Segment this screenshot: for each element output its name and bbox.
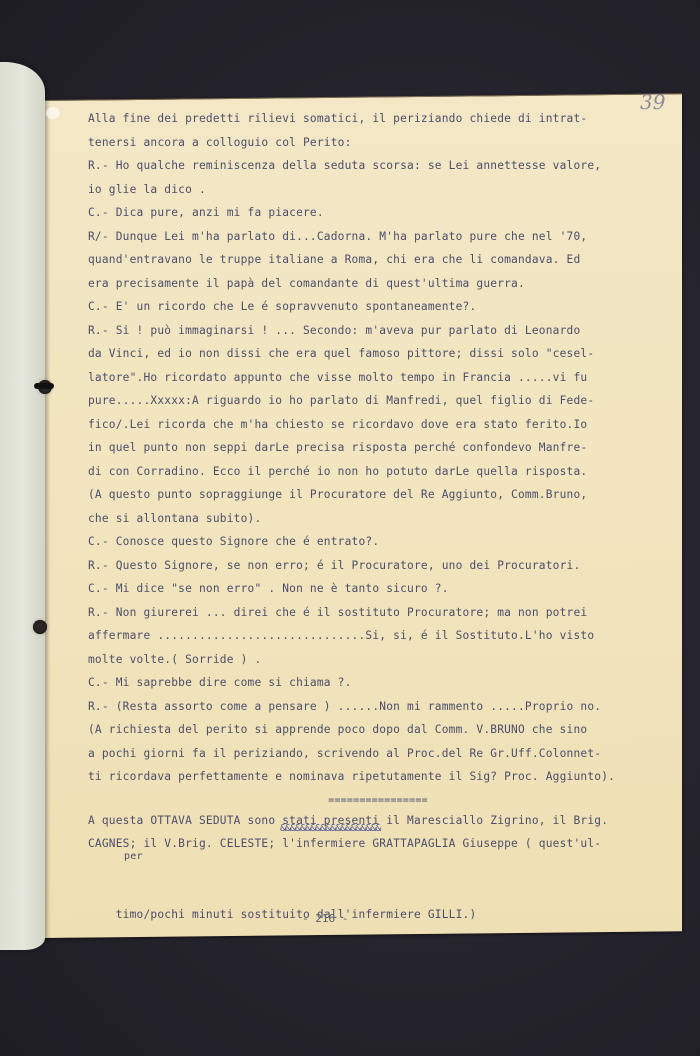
closing-line: CAGNES; il V.Brig. CELESTE; l'infermiere… xyxy=(88,832,668,856)
text-line: R.- (Resta assorto come a pensare ) ....… xyxy=(88,695,668,719)
closing-line-wrapper: per timo/pochi minuti sostituito dall'in… xyxy=(88,856,668,880)
text-line: tenersi ancora a colloguio col Perito: xyxy=(88,131,668,155)
text-line: R/- Dunque Lei m'ha parlato di...Cadorna… xyxy=(88,225,668,249)
text-line: che si allontana subito). xyxy=(88,507,668,531)
text-line: R.- Questo Signore, se non erro; é il Pr… xyxy=(88,554,668,578)
text-line: (A richiesta del perito si apprende poco… xyxy=(88,718,668,742)
text-line: (A questo punto sopraggiunge il Procurat… xyxy=(88,483,668,507)
text-line: molte volte.( Sorride ) . xyxy=(88,648,668,672)
text-line: C.- Mi dice "se non erro" . Non ne è tan… xyxy=(88,577,668,601)
text-line: R.- Si ! può immaginarsi ! ... Secondo: … xyxy=(88,319,668,343)
text-line: C.- Mi saprebbe dire come si chiama ?. xyxy=(88,671,668,695)
binder-string xyxy=(34,383,54,389)
page-number: - 216 - xyxy=(302,912,348,925)
text-line: C.- E' un ricordo che Le é sopravvenuto … xyxy=(88,295,668,319)
text-line: fico/.Lei ricorda che m'ha chiesto se ri… xyxy=(88,413,668,437)
end-mark: &&&&&&&&&&&&&&&&&&&& xyxy=(280,823,380,834)
text-line: C.- Conosce questo Signore che é entrato… xyxy=(88,530,668,554)
text-line: era precisamente il papà del comandante … xyxy=(88,272,668,296)
text-line: di con Corradino. Ecco il perché io non … xyxy=(88,460,668,484)
text-line: quand'entravano le truppe italiane a Rom… xyxy=(88,248,668,272)
text-line: R.- Ho qualche reminiscenza della seduta… xyxy=(88,154,668,178)
document-body: Alla fine dei predetti rilievi somatici,… xyxy=(88,107,668,879)
text-line: io glie la dico . xyxy=(88,178,668,202)
closing-line: timo/pochi minuti sostituito dall'inferm… xyxy=(116,908,477,921)
binder-hole-lower xyxy=(33,620,47,634)
text-line: a pochi giorni fa il periziando, scriven… xyxy=(88,742,668,766)
previous-page-edge xyxy=(0,62,45,950)
text-line: latore".Ho ricordato appunto che visse m… xyxy=(88,366,668,390)
text-line: ti ricordava perfettamente e nominava ri… xyxy=(88,765,668,789)
text-line: affermare ..............................… xyxy=(88,624,668,648)
text-line: da Vinci, ed io non dissi che era quel f… xyxy=(88,342,668,366)
text-line: in quel punto non seppi darLe precisa ri… xyxy=(88,436,668,460)
punch-hole-mark xyxy=(46,107,60,119)
text-line: Alla fine dei predetti rilievi somatici,… xyxy=(88,107,668,131)
section-separator: ================ xyxy=(88,789,668,809)
text-line: R.- Non giurerei ... direi che é il sost… xyxy=(88,601,668,625)
text-line: C.- Dica pure, anzi mi fa piacere. xyxy=(88,201,668,225)
insertion-note: per xyxy=(124,845,143,869)
text-line: pure.....Xxxxx:A riguardo io ho parlato … xyxy=(88,389,668,413)
